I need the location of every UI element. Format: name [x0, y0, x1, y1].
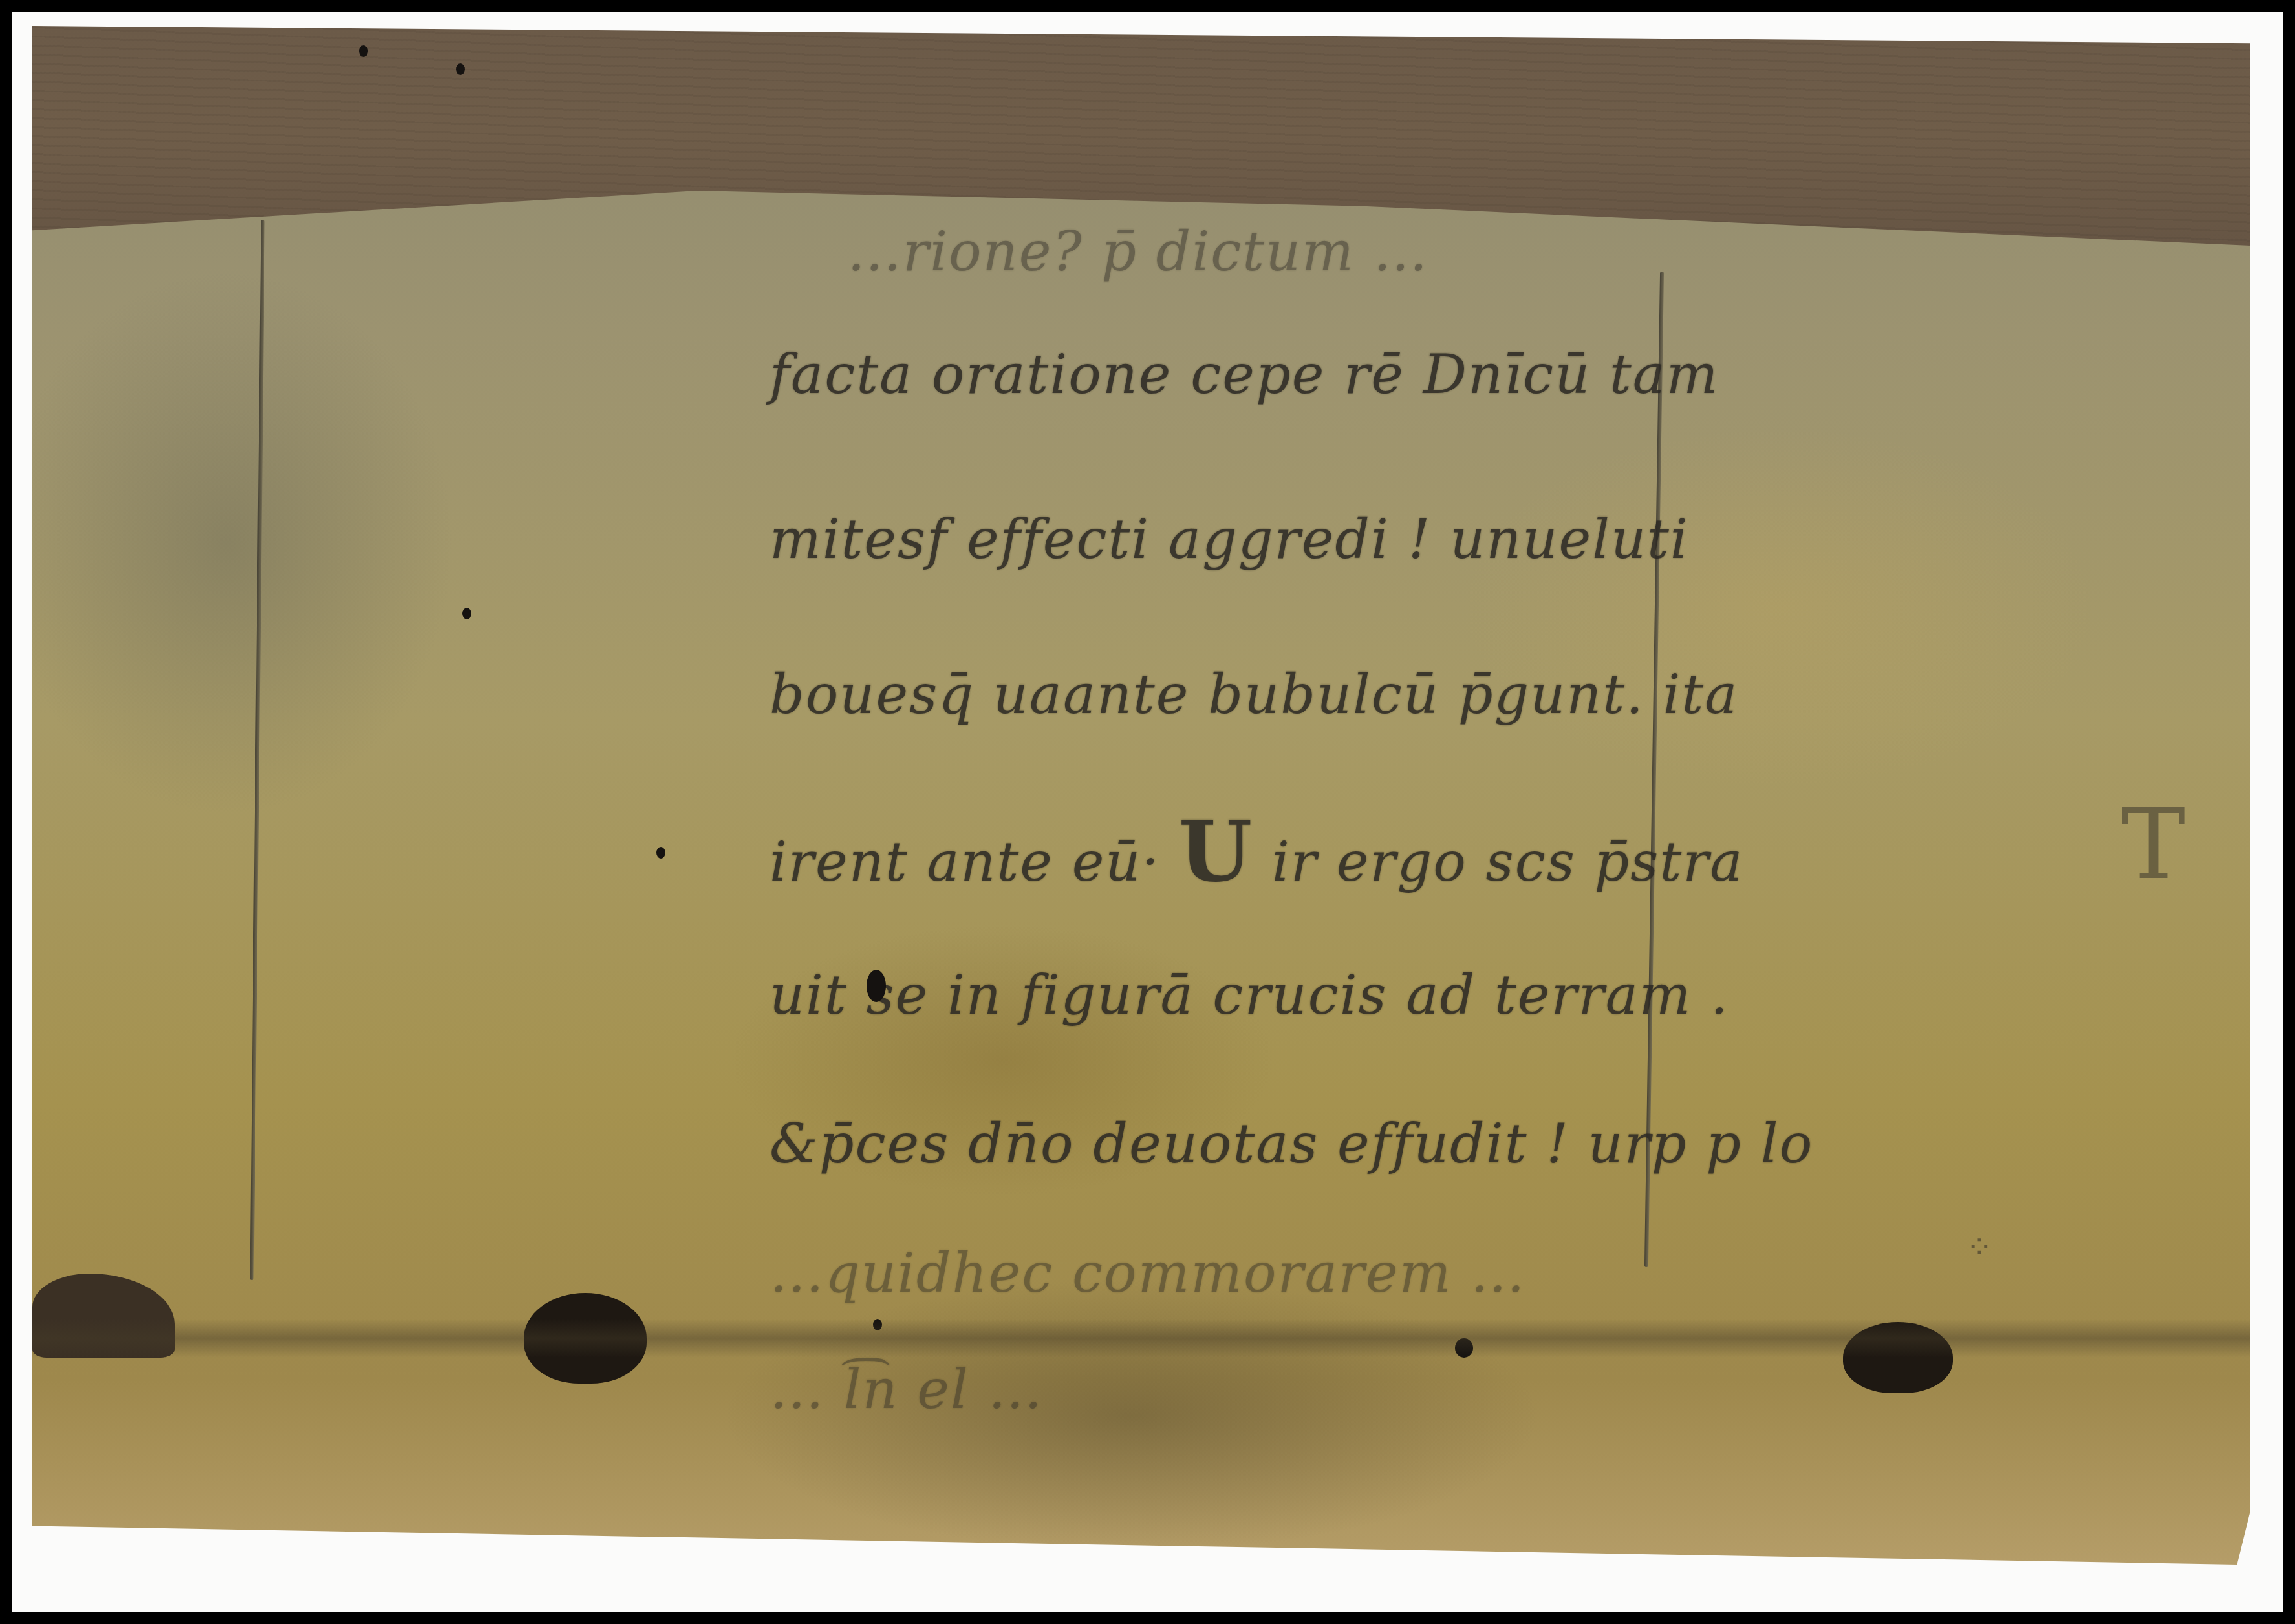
script-line-4-cont: ir ergo scs p̄stra [1272, 830, 1743, 893]
pinhole [867, 970, 886, 1002]
board-pinhole [456, 63, 465, 75]
lower-stain-band [32, 1319, 2250, 1358]
script-line-1: facta oratione cepe rē Dnīcū tam [770, 343, 1719, 406]
script-line-7: …quidhec commorarem … [770, 1241, 1526, 1305]
margin-mark-t: T [2121, 789, 2186, 901]
script-line-2: mitesf effecti aggredi ! unueluti [770, 507, 1689, 571]
script-line-3: bouesq̄ uaante bubulcū p̄gunt. ita [770, 663, 1738, 726]
script-line-4: irent ante eū· U ir ergo scs p̄stra [770, 802, 1743, 901]
script-line-5: uit se in figurā crucis ad terram . [770, 963, 1729, 1027]
pinhole [656, 847, 665, 859]
board-pinhole [359, 45, 368, 57]
script-line-0: …rione? p̄ dictum … [847, 220, 1429, 283]
decorated-initial: U [1179, 802, 1253, 901]
script-line-6: &p̄ces dn̄o deuotas effudit ! urp p lo [770, 1112, 1813, 1175]
script-line-8: … l͡n el … [770, 1358, 1044, 1421]
pinhole [462, 608, 471, 619]
margin-mark-dots: ⁘ [1966, 1228, 1993, 1266]
script-line-4-start: irent ante eū· [770, 830, 1160, 893]
fold-line-left [250, 220, 264, 1280]
